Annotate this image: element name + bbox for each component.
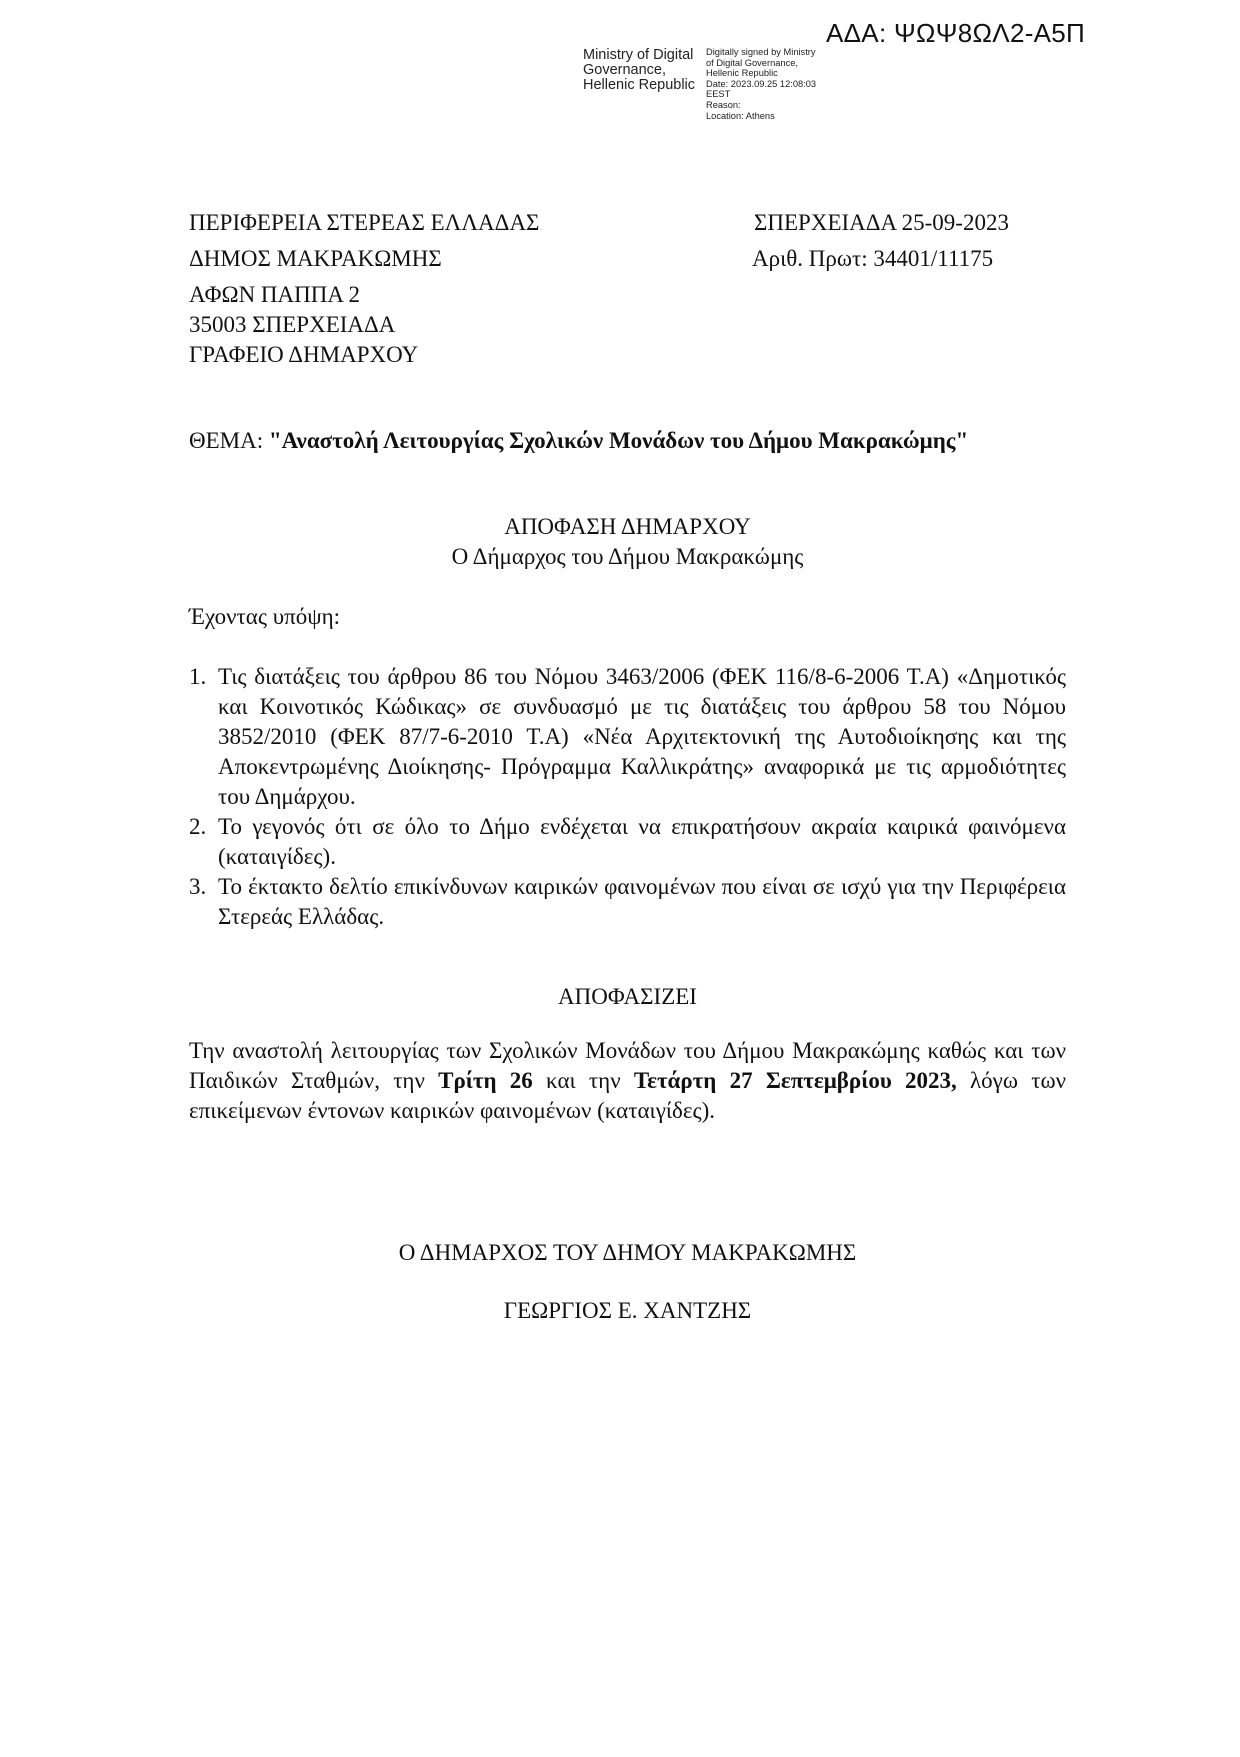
decision-text: Την αναστολή λειτουργίας των Σχολικών Μο… (189, 1036, 1066, 1126)
signature-reason: Reason: (706, 100, 816, 111)
postal-city: 35003 ΣΠΕΡΧΕΙΑΔΑ (189, 310, 539, 340)
signer-name: Ministry of Digital Governance, Hellenic… (583, 48, 695, 93)
document-meta: ΣΠΕΡΧΕΙΑΔΑ 25-09-2023 Αριθ. Πρωτ: 34401/… (752, 208, 1009, 274)
protocol-number: Αριθ. Πρωτ: 34401/11175 (752, 244, 1009, 274)
mayor-title: Ο ΔΗΜΑΡΧΟΣ ΤΟΥ ΔΗΜΟΥ ΜΑΚΡΑΚΩΜΗΣ (189, 1238, 1066, 1268)
list-item: 2.Το γεγονός ότι σε όλο το Δήμο ενδέχετα… (189, 812, 1066, 872)
decision-title: ΑΠΟΦΑΣΗ ΔΗΜΑΡΧΟΥ (189, 512, 1066, 542)
signature-line: Hellenic Republic (706, 68, 816, 79)
region-name: ΠΕΡΙΦΕΡΕΙΑ ΣΤΕΡΕΑΣ ΕΛΛΑΔΑΣ (189, 208, 539, 238)
office-name: ΓΡΑΦΕΙΟ ΔΗΜΑΡΧΟΥ (189, 340, 539, 370)
list-number: 3. (189, 872, 206, 902)
list-item: 3.Το έκτακτο δελτίο επικίνδυνων καιρικών… (189, 872, 1066, 932)
list-text: Το έκτακτο δελτίο επικίνδυνων καιρικών φ… (218, 874, 1066, 929)
signer-line: Hellenic Republic (583, 78, 695, 93)
municipality-name: ΔΗΜΟΣ ΜΑΚΡΑΚΩΜΗΣ (189, 244, 539, 274)
signer-line: Ministry of Digital (583, 48, 695, 63)
decision-date-2: Τετάρτη 27 Σεπτεμβρίου 2023, (634, 1068, 957, 1093)
signature-line: Digitally signed by Ministry (706, 47, 816, 58)
list-item: 1.Τις διατάξεις του άρθρου 86 του Νόμου … (189, 662, 1066, 812)
decision-header: ΑΠΟΦΑΣΗ ΔΗΜΑΡΧΟΥ Ο Δήμαρχος του Δήμου Μα… (189, 512, 1066, 572)
sender-address-block: ΠΕΡΙΦΕΡΕΙΑ ΣΤΕΡΕΑΣ ΕΛΛΑΔΑΣ ΔΗΜΟΣ ΜΑΚΡΑΚΩ… (189, 208, 539, 370)
signature-date: Date: 2023.09.25 12:08:03 (706, 79, 816, 90)
decision-date-1: Τρίτη 26 (438, 1068, 533, 1093)
subject-title: "Αναστολή Λειτουργίας Σχολικών Μονάδων τ… (269, 428, 968, 453)
list-text: Τις διατάξεις του άρθρου 86 του Νόμου 34… (218, 664, 1066, 809)
signature-location: Location: Athens (706, 111, 816, 122)
signature-line: EEST (706, 89, 816, 100)
list-text: Το γεγονός ότι σε όλο το Δήμο ενδέχεται … (218, 814, 1066, 869)
signer-line: Governance, (583, 63, 695, 78)
decision-text-part: και την (533, 1068, 634, 1093)
considering-list: 1.Τις διατάξεις του άρθρου 86 του Νόμου … (189, 662, 1066, 932)
list-number: 1. (189, 662, 206, 692)
list-number: 2. (189, 812, 206, 842)
decides-heading: ΑΠΟΦΑΣΙΖΕΙ (189, 982, 1066, 1012)
mayor-name: ΓΕΩΡΓΙΟΣ Ε. ΧΑΝΤΖΗΣ (189, 1296, 1066, 1326)
digital-signature-details: Digitally signed by Ministry of Digital … (706, 47, 816, 121)
place-date: ΣΠΕΡΧΕΙΑΔΑ 25-09-2023 (752, 208, 1009, 238)
signature-line: of Digital Governance, (706, 58, 816, 69)
considering-intro: Έχοντας υπόψη: (189, 602, 1066, 632)
ada-code: ΑΔΑ: ΨΩΨ8ΩΛ2-Α5Π (826, 18, 1085, 48)
subject: ΘΕΜΑ: "Αναστολή Λειτουργίας Σχολικών Μον… (189, 426, 1066, 456)
street-address: ΑΦΩΝ ΠΑΠΠΑ 2 (189, 280, 539, 310)
decision-subtitle: Ο Δήμαρχος του Δήμου Μακρακώμης (189, 542, 1066, 572)
subject-label: ΘΕΜΑ: (189, 428, 269, 453)
